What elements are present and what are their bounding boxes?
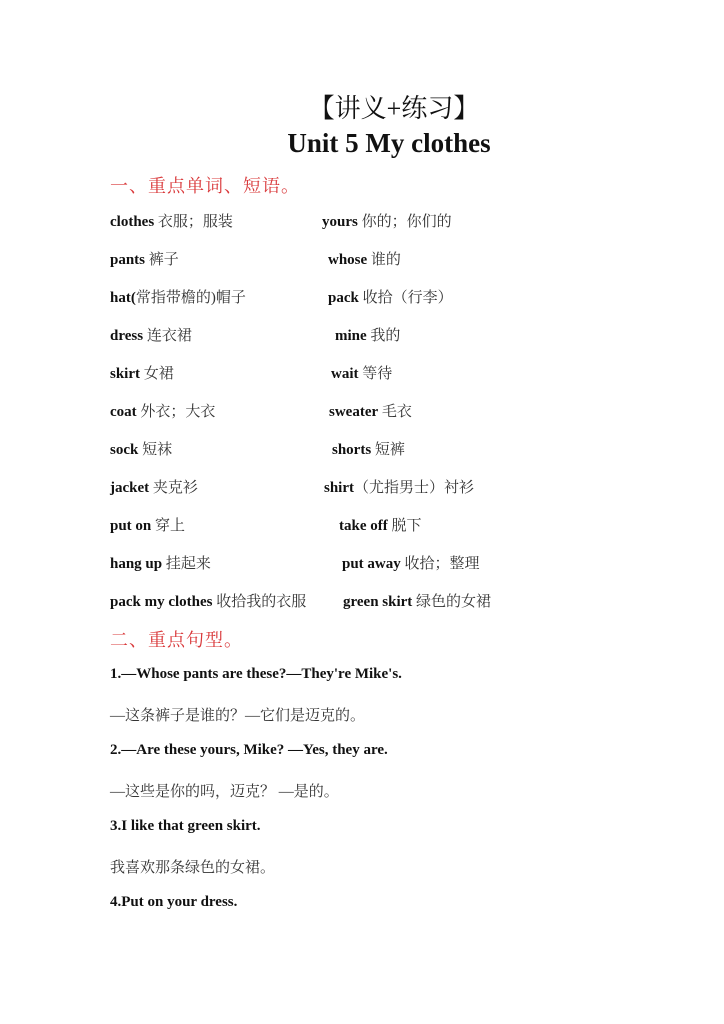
vocab-word: sweater: [329, 404, 378, 420]
vocab-word: green skirt: [343, 594, 412, 610]
vocab-meaning: 外衣；大衣: [137, 404, 216, 420]
vocab-row: clothes 衣服；服装 yours 你的；你们的: [0, 210, 724, 232]
vocab-meaning: 收拾；整理: [401, 556, 480, 572]
vocab-row: skirt 女裙 wait 等待: [0, 362, 724, 384]
vocab-meaning: 衣服；服装: [154, 214, 233, 230]
vocab-meaning: 连衣裙: [143, 328, 192, 344]
vocab-row: coat 外衣；大衣 sweater 毛衣: [0, 400, 724, 422]
vocab-meaning: 谁的: [367, 252, 401, 268]
document-title: 【讲义+练习】: [0, 88, 724, 125]
sentence-english: 2.—Are these yours, Mike? —Yes, they are…: [110, 742, 388, 759]
vocab-meaning: 收拾我的衣服: [213, 594, 307, 610]
vocab-word: clothes: [110, 214, 154, 230]
vocab-row: dress 连衣裙 mine 我的: [0, 324, 724, 346]
vocab-word: put on: [110, 518, 151, 534]
vocab-meaning: 夹克衫: [149, 480, 198, 496]
vocab-word: shirt: [324, 480, 354, 496]
vocab-word: take off: [339, 518, 388, 534]
vocab-meaning: （尤指男士）衬衫: [354, 480, 474, 496]
vocab-word: dress: [110, 328, 143, 344]
vocab-meaning: 短裤: [371, 442, 405, 458]
vocab-row: hang up 挂起来 put away 收拾；整理: [0, 552, 724, 574]
sentence-english: 4.Put on your dress.: [110, 894, 237, 911]
vocab-meaning: 短袜: [138, 442, 172, 458]
vocab-meaning: 你的；你们的: [358, 214, 452, 230]
vocab-word: shorts: [332, 442, 371, 458]
vocab-word: whose: [328, 252, 367, 268]
vocab-row: sock 短袜 shorts 短裤: [0, 438, 724, 460]
vocab-row: hat(常指带檐的)帽子 pack 收拾（行李）: [0, 286, 724, 308]
vocab-row: pants 裤子 whose 谁的: [0, 248, 724, 270]
vocab-word: mine: [335, 328, 367, 344]
vocab-row: pack my clothes 收拾我的衣服 green skirt 绿色的女裙: [0, 590, 724, 612]
vocab-row: put on 穿上 take off 脱下: [0, 514, 724, 536]
vocab-meaning: 毛衣: [378, 404, 412, 420]
sentence-chinese: —这条裤子是谁的？—它们是迈克的。: [110, 704, 365, 725]
vocab-meaning: 裤子: [145, 252, 179, 268]
vocab-meaning: 穿上: [151, 518, 185, 534]
vocab-word: pants: [110, 252, 145, 268]
vocab-word: yours: [322, 214, 358, 230]
vocab-meaning: 收拾（行李）: [359, 290, 453, 306]
vocab-meaning: 我的: [367, 328, 401, 344]
section-heading-sentences: 二、重点句型。: [110, 626, 243, 652]
vocab-word: wait: [331, 366, 359, 382]
vocab-word: hang up: [110, 556, 162, 572]
vocab-meaning: 女裙: [140, 366, 174, 382]
vocab-word: pack my clothes: [110, 594, 213, 610]
vocab-row: jacket 夹克衫 shirt（尤指男士）衬衫: [0, 476, 724, 498]
vocab-word: skirt: [110, 366, 140, 382]
vocab-meaning: 挂起来: [162, 556, 211, 572]
vocab-word: put away: [342, 556, 401, 572]
vocab-word: pack: [328, 290, 359, 306]
vocab-word: sock: [110, 442, 138, 458]
vocab-meaning: 绿色的女裙: [412, 594, 491, 610]
vocab-meaning: 常指带檐的)帽子: [136, 290, 246, 306]
vocab-word: hat(: [110, 290, 136, 306]
sentence-english: 3.I like that green skirt.: [110, 818, 261, 835]
vocab-word: jacket: [110, 480, 149, 496]
unit-title: Unit 5 My clothes: [0, 128, 724, 159]
vocab-word: coat: [110, 404, 137, 420]
sentence-english: 1.—Whose pants are these?—They're Mike's…: [110, 666, 402, 683]
sentence-chinese: —这些是你的吗，迈克？ —是的。: [110, 780, 339, 801]
vocab-meaning: 等待: [359, 366, 393, 382]
section-heading-vocab: 一、重点单词、短语。: [110, 172, 300, 198]
sentence-chinese: 我喜欢那条绿色的女裙。: [110, 856, 275, 877]
vocab-meaning: 脱下: [388, 518, 422, 534]
